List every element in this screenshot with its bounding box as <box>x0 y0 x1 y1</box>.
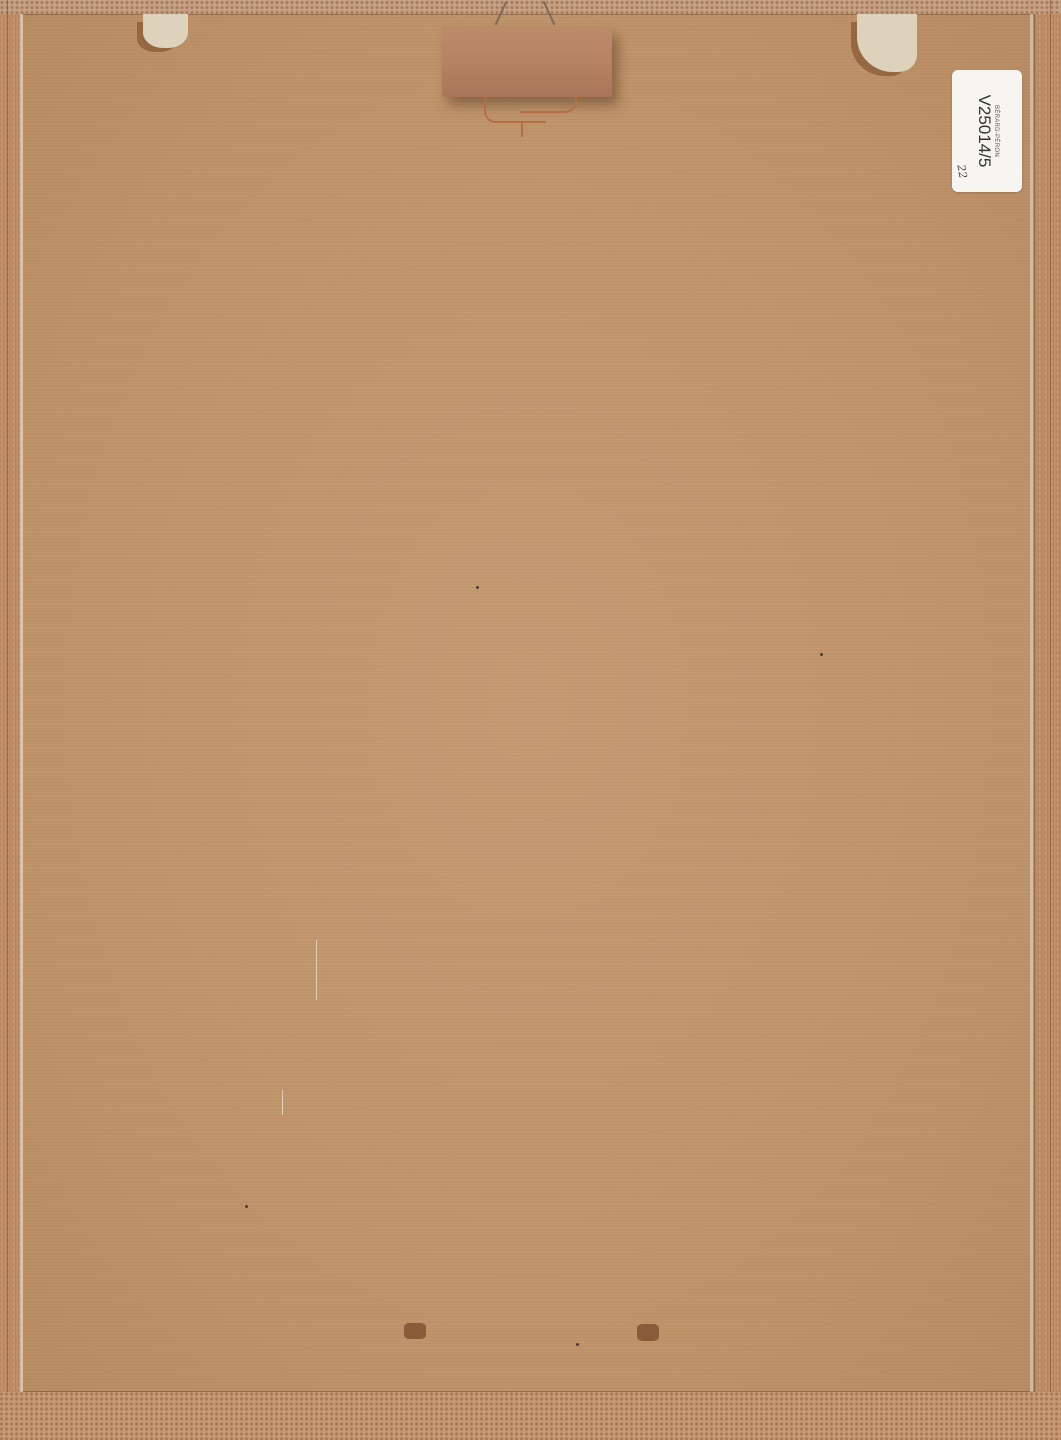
spot <box>576 1343 579 1346</box>
label-code: V25014/5 <box>975 71 993 191</box>
stain-bottom-right <box>637 1324 659 1341</box>
copper-hook-tail <box>521 121 523 137</box>
board-edge-left <box>20 14 23 1392</box>
tape-top-left <box>143 14 188 48</box>
spot <box>245 1205 248 1208</box>
board-edge-right <box>1030 14 1033 1392</box>
label-handwritten-number: 22 <box>954 163 969 179</box>
stain-bottom-left <box>404 1323 426 1339</box>
scratch <box>316 940 317 1000</box>
wooden-hanging-block <box>442 27 612 97</box>
frame-top-edge <box>0 0 1061 14</box>
frame-groove-left <box>7 0 8 1440</box>
scratch <box>282 1090 283 1115</box>
cardboard-backing <box>20 14 1035 1392</box>
spot <box>820 653 823 656</box>
spot <box>476 586 479 589</box>
copper-hook-right <box>520 97 577 113</box>
frame-bottom-edge <box>0 1392 1061 1440</box>
frame-groove-right <box>1050 0 1051 1440</box>
